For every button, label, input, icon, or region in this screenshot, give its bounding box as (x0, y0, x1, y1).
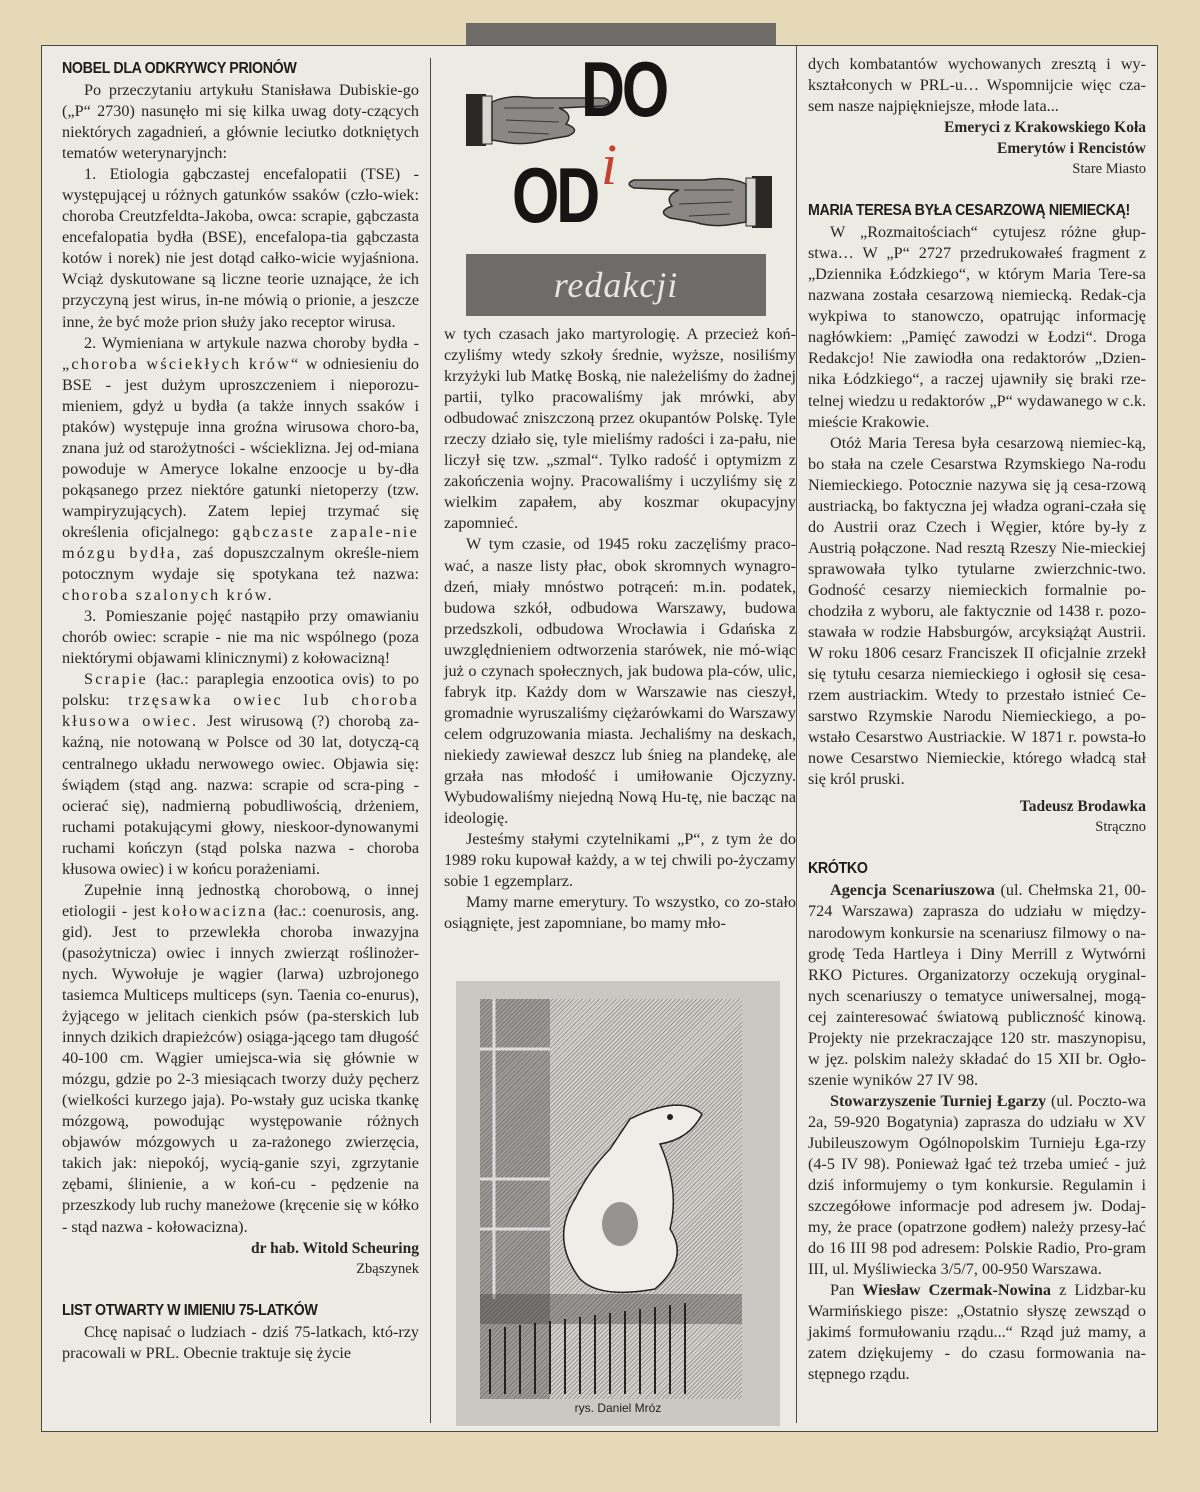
logo-word-i: i (601, 131, 617, 198)
paragraph: W tym czasie, od 1945 roku zaczęliśmy pr… (444, 534, 796, 829)
person-name: Wiesław Czermak-Nowina (862, 1281, 1051, 1299)
rat-illustration-icon (480, 999, 742, 1399)
organization-name: Stowarzyszenie Turniej Łgarzy (830, 1092, 1046, 1110)
column-divider (430, 58, 431, 1423)
signature-place: Zbąszynek (62, 1259, 419, 1280)
illustration-caption: rys. Daniel Mróz (456, 1401, 780, 1415)
logo-word-od: OD (512, 156, 597, 234)
logo-word-do: DO (581, 50, 666, 128)
emphasis-term: choroba szalonych krów. (62, 586, 274, 604)
article-title-list: LIST OTWARTY W IMIENIU 75-LATKÓW (62, 1300, 390, 1321)
paragraph: 2. Wymieniana w artykule nazwa choroby b… (62, 333, 419, 607)
news-item: Stowarzyszenie Turniej Łgarzy (ul. Poczt… (808, 1091, 1146, 1280)
signature: Emeryci z Krakowskiego Koła (808, 117, 1146, 138)
column-divider (796, 46, 797, 1423)
column-left: NOBEL DLA ODKRYWCY PRIONÓW Po przeczytan… (62, 46, 419, 1431)
banner-text: redakcji (554, 264, 679, 306)
signature-place: Strączno (808, 817, 1146, 838)
do-i-od-redakcji-logo: DO i OD redakcji (444, 46, 796, 324)
signature: dr hab. Witold Scheuring (62, 1238, 419, 1259)
paragraph: Otóż Maria Teresa była cesarzową niemiec… (808, 433, 1146, 791)
article-title-maria: MARIA TERESA BYŁA CESARZOWĄ NIEMIECKĄ! (808, 200, 1119, 221)
redakcji-banner: redakcji (466, 254, 766, 316)
article-title-nobel: NOBEL DLA ODKRYWCY PRIONÓW (62, 58, 390, 79)
signature-place: Stare Miasto (808, 159, 1146, 180)
signature: Tadeusz Brodawka (808, 796, 1146, 817)
paragraph: w tych czasach jako martyrologię. A prze… (444, 324, 796, 534)
paragraph: 1. Etiologia gąbczastej encefalopatii (T… (62, 164, 419, 332)
pointing-hand-left-icon (624, 166, 774, 236)
emphasis-term: kołowacizna (162, 902, 268, 920)
illustration-figure: rys. Daniel Mróz (456, 981, 780, 1426)
paragraph: Zupełnie inną jednostką chorobową, o inn… (62, 880, 419, 1238)
column-middle: DO i OD redakcji w tych czasach jako mar… (444, 46, 796, 1431)
paragraph: 3. Pomieszanie pojęć nastąpiło przy omaw… (62, 606, 419, 669)
paragraph: Chcę napisać o ludziach - dziś 75-latkac… (62, 1322, 419, 1364)
news-item: Agencja Scenariuszowa (ul. Chełmska 21, … (808, 880, 1146, 1090)
signature: Emerytów i Rencistów (808, 138, 1146, 159)
top-decorative-tab (466, 23, 776, 46)
paragraph: W „Rozmaitościach“ cytujesz różne głup-s… (808, 222, 1146, 432)
article-list-continued: w tych czasach jako martyrologię. A prze… (444, 324, 796, 934)
paragraph: Scrapie (łac.: paraplegia enzootica ovis… (62, 669, 419, 879)
organization-name: Agencja Scenariuszowa (830, 881, 995, 899)
paragraph: Po przeczytaniu artykułu Stanisława Dubi… (62, 80, 419, 164)
paragraph: dych kombatantów wychowanych zresztą i w… (808, 54, 1146, 117)
article-title-krotko: KRÓTKO (808, 858, 1119, 879)
paragraph: Jesteśmy stałymi czytelnikami „P“, z tym… (444, 829, 796, 892)
emphasis-term: „choroba wściekłych krów“ (62, 355, 300, 373)
letters-page: NOBEL DLA ODKRYWCY PRIONÓW Po przeczytan… (41, 45, 1158, 1432)
paragraph: Mamy marne emerytury. To wszystko, co zo… (444, 892, 796, 934)
rat-drawing-image (480, 999, 742, 1399)
news-item: Pan Wiesław Czermak-Nowina z Lidzbar-ku … (808, 1280, 1146, 1385)
column-right: dych kombatantów wychowanych zresztą i w… (808, 46, 1146, 1431)
